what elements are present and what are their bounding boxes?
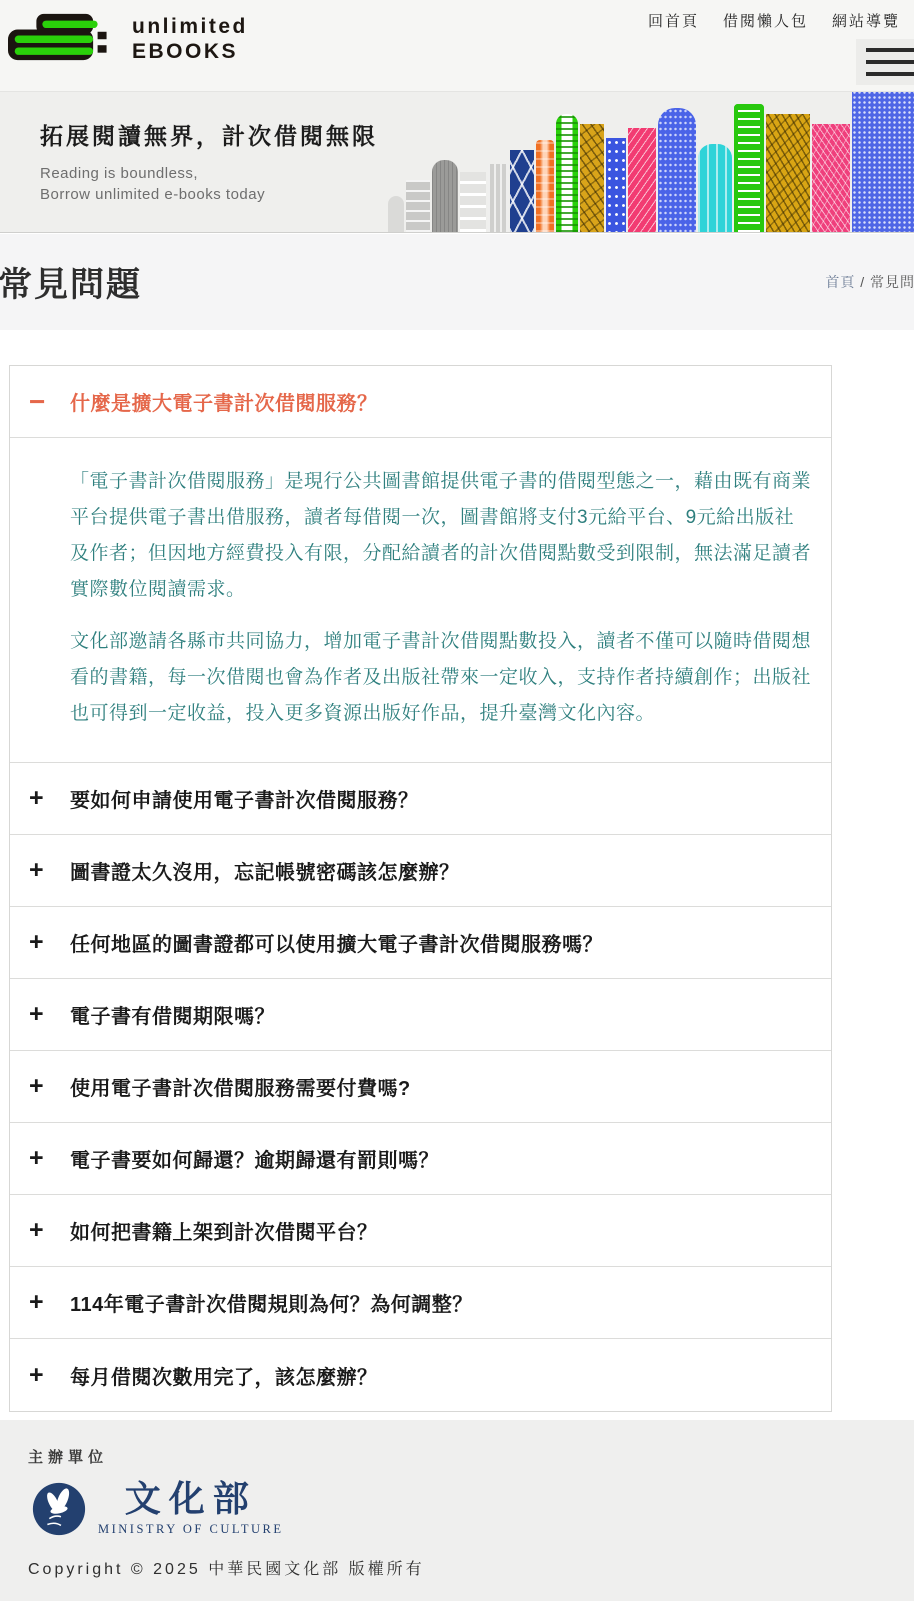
faq-question: 每月借閱次數用完了，該怎麼辦？ — [70, 1361, 378, 1390]
expand-icon[interactable]: + — [29, 1361, 70, 1390]
expand-icon[interactable]: + — [29, 784, 70, 813]
faq-question: 什麼是擴大電子書計次借閱服務？ — [70, 387, 378, 416]
expand-icon[interactable]: + — [29, 1000, 70, 1029]
logo-wordmark: unlimited EBOOKS — [132, 15, 248, 63]
faq-question: 電子書有借閱期限嗎？ — [70, 1000, 275, 1029]
faq-answer-paragraph: 文化部邀請各縣市共同協力，增加電子書計次借閱點數投入，讀者不僅可以隨時借閱想看的… — [70, 624, 811, 732]
ministry-name: 文化部 — [125, 1480, 257, 1520]
banner-heading: 拓展閱讀無界，計次借閱無限 — [40, 118, 378, 151]
banner-subheading: Reading is boundless, Borrow unlimited e… — [40, 163, 378, 205]
faq-item-expanded[interactable]: − 什麼是擴大電子書計次借閱服務？ — [10, 366, 831, 438]
faq-item[interactable]: + 電子書有借閱期限嗎？ — [10, 979, 831, 1051]
faq-question: 圖書證太久沒用，忘記帳號密碼該怎麼辦？ — [70, 856, 460, 885]
faq-item[interactable]: + 任何地區的圖書證都可以使用擴大電子書計次借閱服務嗎？ — [10, 907, 831, 979]
expand-icon[interactable]: + — [29, 1072, 70, 1101]
faq-item[interactable]: + 如何把書籍上架到計次借閱平台？ — [10, 1195, 831, 1267]
faq-item[interactable]: + 要如何申請使用電子書計次借閱服務？ — [10, 763, 831, 835]
faq-item[interactable]: + 圖書證太久沒用，忘記帳號密碼該怎麼辦？ — [10, 835, 831, 907]
page-title-bar: 常見問題 首頁 / 常見問題 — [0, 234, 914, 330]
faq-answer-paragraph: 「電子書計次借閱服務」是現行公共圖書館提供電子書的借閱型態之一，藉由既有商業平台… — [70, 464, 811, 608]
ministry-emblem-icon — [30, 1480, 88, 1543]
menu-button[interactable] — [856, 39, 914, 85]
site-header: unlimited EBOOKS 回首頁 借閱懶人包 網站導覽 — [0, 0, 914, 91]
breadcrumb-home-link[interactable]: 首頁 — [825, 274, 855, 290]
hamburger-icon — [866, 48, 914, 52]
nav-link-home[interactable]: 回首頁 — [648, 10, 699, 31]
expand-icon[interactable]: + — [29, 928, 70, 957]
expand-icon[interactable]: + — [29, 856, 70, 885]
hero-banner: 拓展閱讀無界，計次借閱無限 Reading is boundless, Borr… — [0, 91, 914, 233]
ministry-name-en: MINISTRY OF CULTURE — [98, 1522, 283, 1537]
faq-item[interactable]: + 電子書要如何歸還？逾期歸還有罰則嗎？ — [10, 1123, 831, 1195]
nav-link-borrow-guide[interactable]: 借閱懶人包 — [723, 10, 808, 31]
expand-icon[interactable]: + — [29, 1216, 70, 1245]
faq-question: 114年電子書計次借閱規則為何？為何調整？ — [70, 1288, 473, 1317]
breadcrumb-separator: / — [860, 274, 865, 290]
faq-question: 任何地區的圖書證都可以使用擴大電子書計次借閱服務嗎？ — [70, 928, 603, 957]
book-spines-illustration — [388, 91, 914, 232]
page-title: 常見問題 — [0, 257, 142, 306]
ministry-of-culture-logo[interactable]: 文化部 MINISTRY OF CULTURE — [30, 1480, 283, 1543]
organizer-label: 主辦單位 — [28, 1446, 108, 1467]
breadcrumb-current: 常見問題 — [870, 274, 914, 290]
faq-item[interactable]: + 使用電子書計次借閱服務需要付費嗎? — [10, 1051, 831, 1123]
collapse-icon[interactable]: − — [29, 386, 70, 418]
faq-accordion: − 什麼是擴大電子書計次借閱服務？ 「電子書計次借閱服務」是現行公共圖書館提供電… — [9, 365, 832, 1412]
expand-icon[interactable]: + — [29, 1288, 70, 1317]
faq-question: 使用電子書計次借閱服務需要付費嗎? — [70, 1072, 411, 1101]
expand-icon[interactable]: + — [29, 1144, 70, 1173]
faq-question: 要如何申請使用電子書計次借閱服務？ — [70, 784, 419, 813]
faq-question: 如何把書籍上架到計次借閱平台？ — [70, 1216, 378, 1245]
top-nav: 回首頁 借閱懶人包 網站導覽 — [648, 10, 900, 31]
nav-link-sitemap[interactable]: 網站導覽 — [832, 10, 900, 31]
faq-question: 電子書要如何歸還？逾期歸還有罰則嗎？ — [70, 1144, 439, 1173]
site-logo[interactable]: unlimited EBOOKS — [8, 13, 248, 66]
faq-collapsed-list: + 要如何申請使用電子書計次借閱服務？ + 圖書證太久沒用，忘記帳號密碼該怎麼辦… — [10, 763, 831, 1411]
breadcrumb: 首頁 / 常見問題 — [825, 272, 914, 292]
faq-item[interactable]: + 114年電子書計次借閱規則為何？為何調整？ — [10, 1267, 831, 1339]
copyright-notice: Copyright © 2025 中華民國文化部 版權所有 — [28, 1556, 425, 1579]
ebooks-logo-icon — [8, 13, 120, 66]
faq-answer: 「電子書計次借閱服務」是現行公共圖書館提供電子書的借閱型態之一，藉由既有商業平台… — [10, 438, 831, 763]
faq-item[interactable]: + 每月借閱次數用完了，該怎麼辦？ — [10, 1339, 831, 1411]
site-footer: 主辦單位 文化部 MINISTRY OF CULTURE Copyright ©… — [0, 1420, 914, 1601]
banner-text: 拓展閱讀無界，計次借閱無限 Reading is boundless, Borr… — [40, 118, 378, 205]
